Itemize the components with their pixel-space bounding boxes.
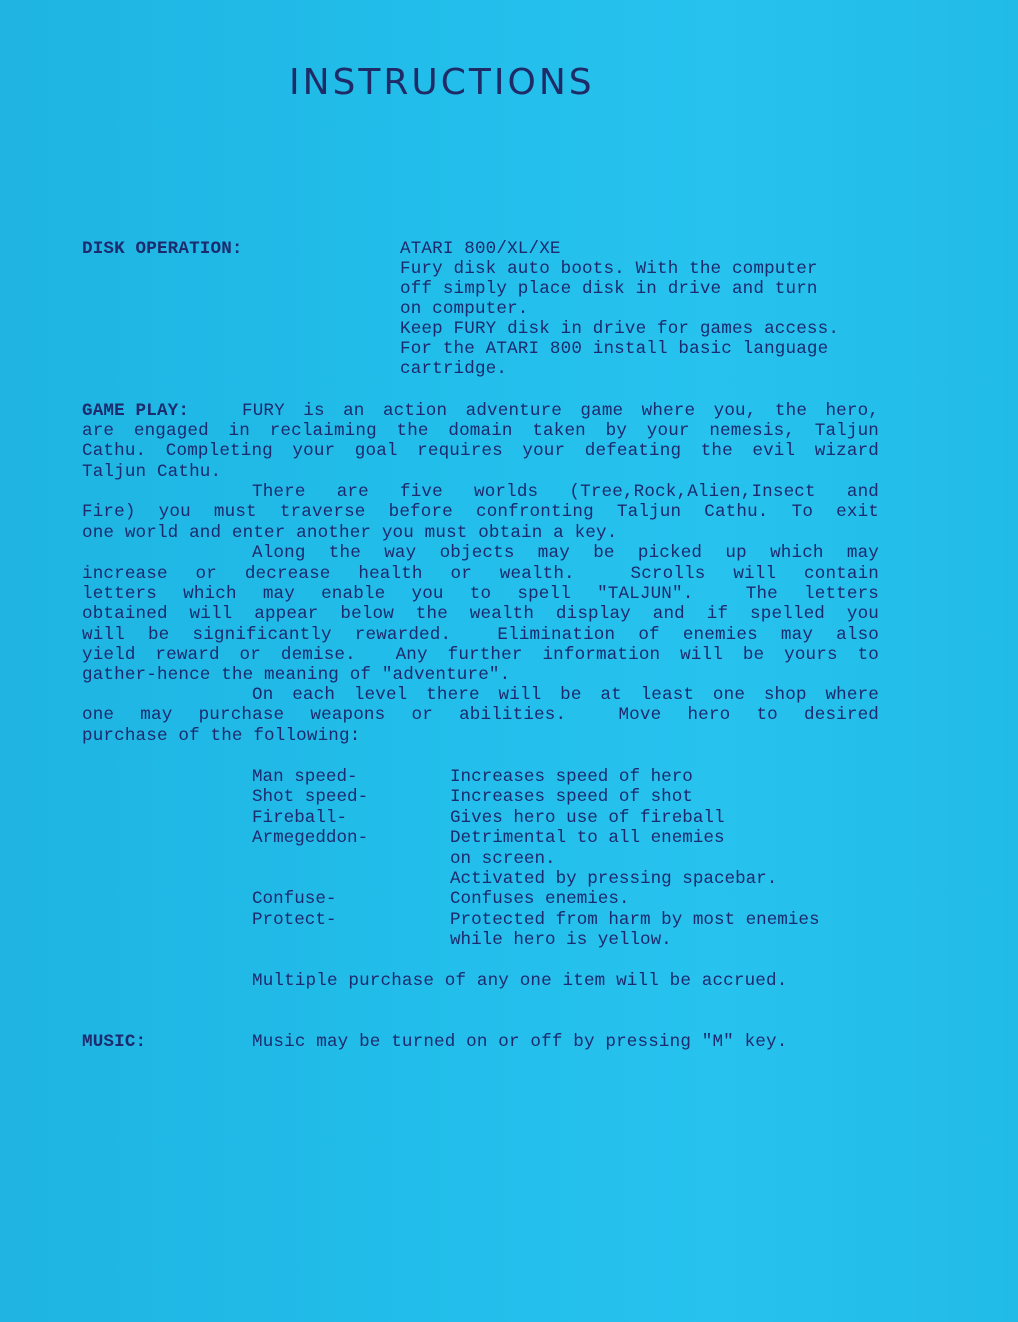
text-line: letters which may enable you to spell "T… [82, 584, 879, 604]
text-line: For the ATARI 800 install basic language [400, 339, 828, 359]
text-line: There are five worlds (Tree,Rock,Alien,I… [252, 482, 879, 502]
text-line: ATARI 800/XL/XE [400, 239, 561, 259]
shop-item-desc: Gives hero use of fireball [450, 808, 725, 828]
instruction-sheet: INSTRUCTIONS DISK OPERATION: ATARI 800/X… [0, 0, 1018, 1322]
text-line: are engaged in reclaiming the domain tak… [82, 421, 879, 441]
shop-item-desc: Increases speed of shot [450, 787, 693, 807]
shop-item-name: Armegeddon- [252, 828, 368, 848]
shop-item-name: Man speed- [252, 767, 358, 787]
game-play-heading: GAME PLAY: [82, 401, 189, 421]
shop-item-name: Confuse- [252, 889, 336, 909]
disk-operation-heading: DISK OPERATION: [82, 239, 243, 259]
text-line: Keep FURY disk in drive for games access… [400, 319, 839, 339]
text-line: gather-hence the meaning of "adventure". [82, 665, 510, 685]
text-line: Fury disk auto boots. With the computer [400, 259, 818, 279]
text-line: FURY is an action adventure game where y… [242, 401, 879, 421]
text-line: one may purchase weapons or abilities. M… [82, 705, 879, 725]
text-line: on computer. [400, 299, 529, 319]
shop-item-desc: Detrimental to all enemies [450, 828, 725, 848]
text-line: obtained will appear below the wealth di… [82, 604, 879, 624]
shop-item-desc: Protected from harm by most enemies [450, 910, 820, 930]
shop-item-desc: Activated by pressing spacebar. [450, 869, 777, 889]
text-line: increase or decrease health or wealth. S… [82, 564, 879, 584]
shop-item-desc: Increases speed of hero [450, 767, 693, 787]
shop-item-desc: Confuses enemies. [450, 889, 630, 909]
text-line: Fire) you must traverse before confronti… [82, 502, 879, 522]
shop-item-desc: while hero is yellow. [450, 930, 672, 950]
text-line: one world and enter another you must obt… [82, 523, 617, 543]
shop-item-name: Fireball- [252, 808, 347, 828]
shop-item-desc: on screen. [450, 849, 556, 869]
music-text: Music may be turned on or off by pressin… [252, 1032, 787, 1052]
text-line: Taljun Cathu. [82, 462, 221, 482]
text-line: cartridge. [400, 359, 507, 379]
text-line: Cathu. Completing your goal requires you… [82, 441, 879, 461]
shop-item-name: Shot speed- [252, 787, 368, 807]
text-line: off simply place disk in drive and turn [400, 279, 818, 299]
text-line: will be significantly rewarded. Eliminat… [82, 625, 879, 645]
music-heading: MUSIC: [82, 1032, 146, 1052]
shop-note: Multiple purchase of any one item will b… [252, 971, 787, 991]
text-line: yield reward or demise. Any further info… [82, 645, 879, 665]
shop-item-name: Protect- [252, 910, 336, 930]
page-title: INSTRUCTIONS [289, 62, 595, 103]
text-line: Along the way objects may be picked up w… [252, 543, 879, 563]
text-line: purchase of the following: [82, 726, 360, 746]
text-line: On each level there will be at least one… [252, 685, 879, 705]
